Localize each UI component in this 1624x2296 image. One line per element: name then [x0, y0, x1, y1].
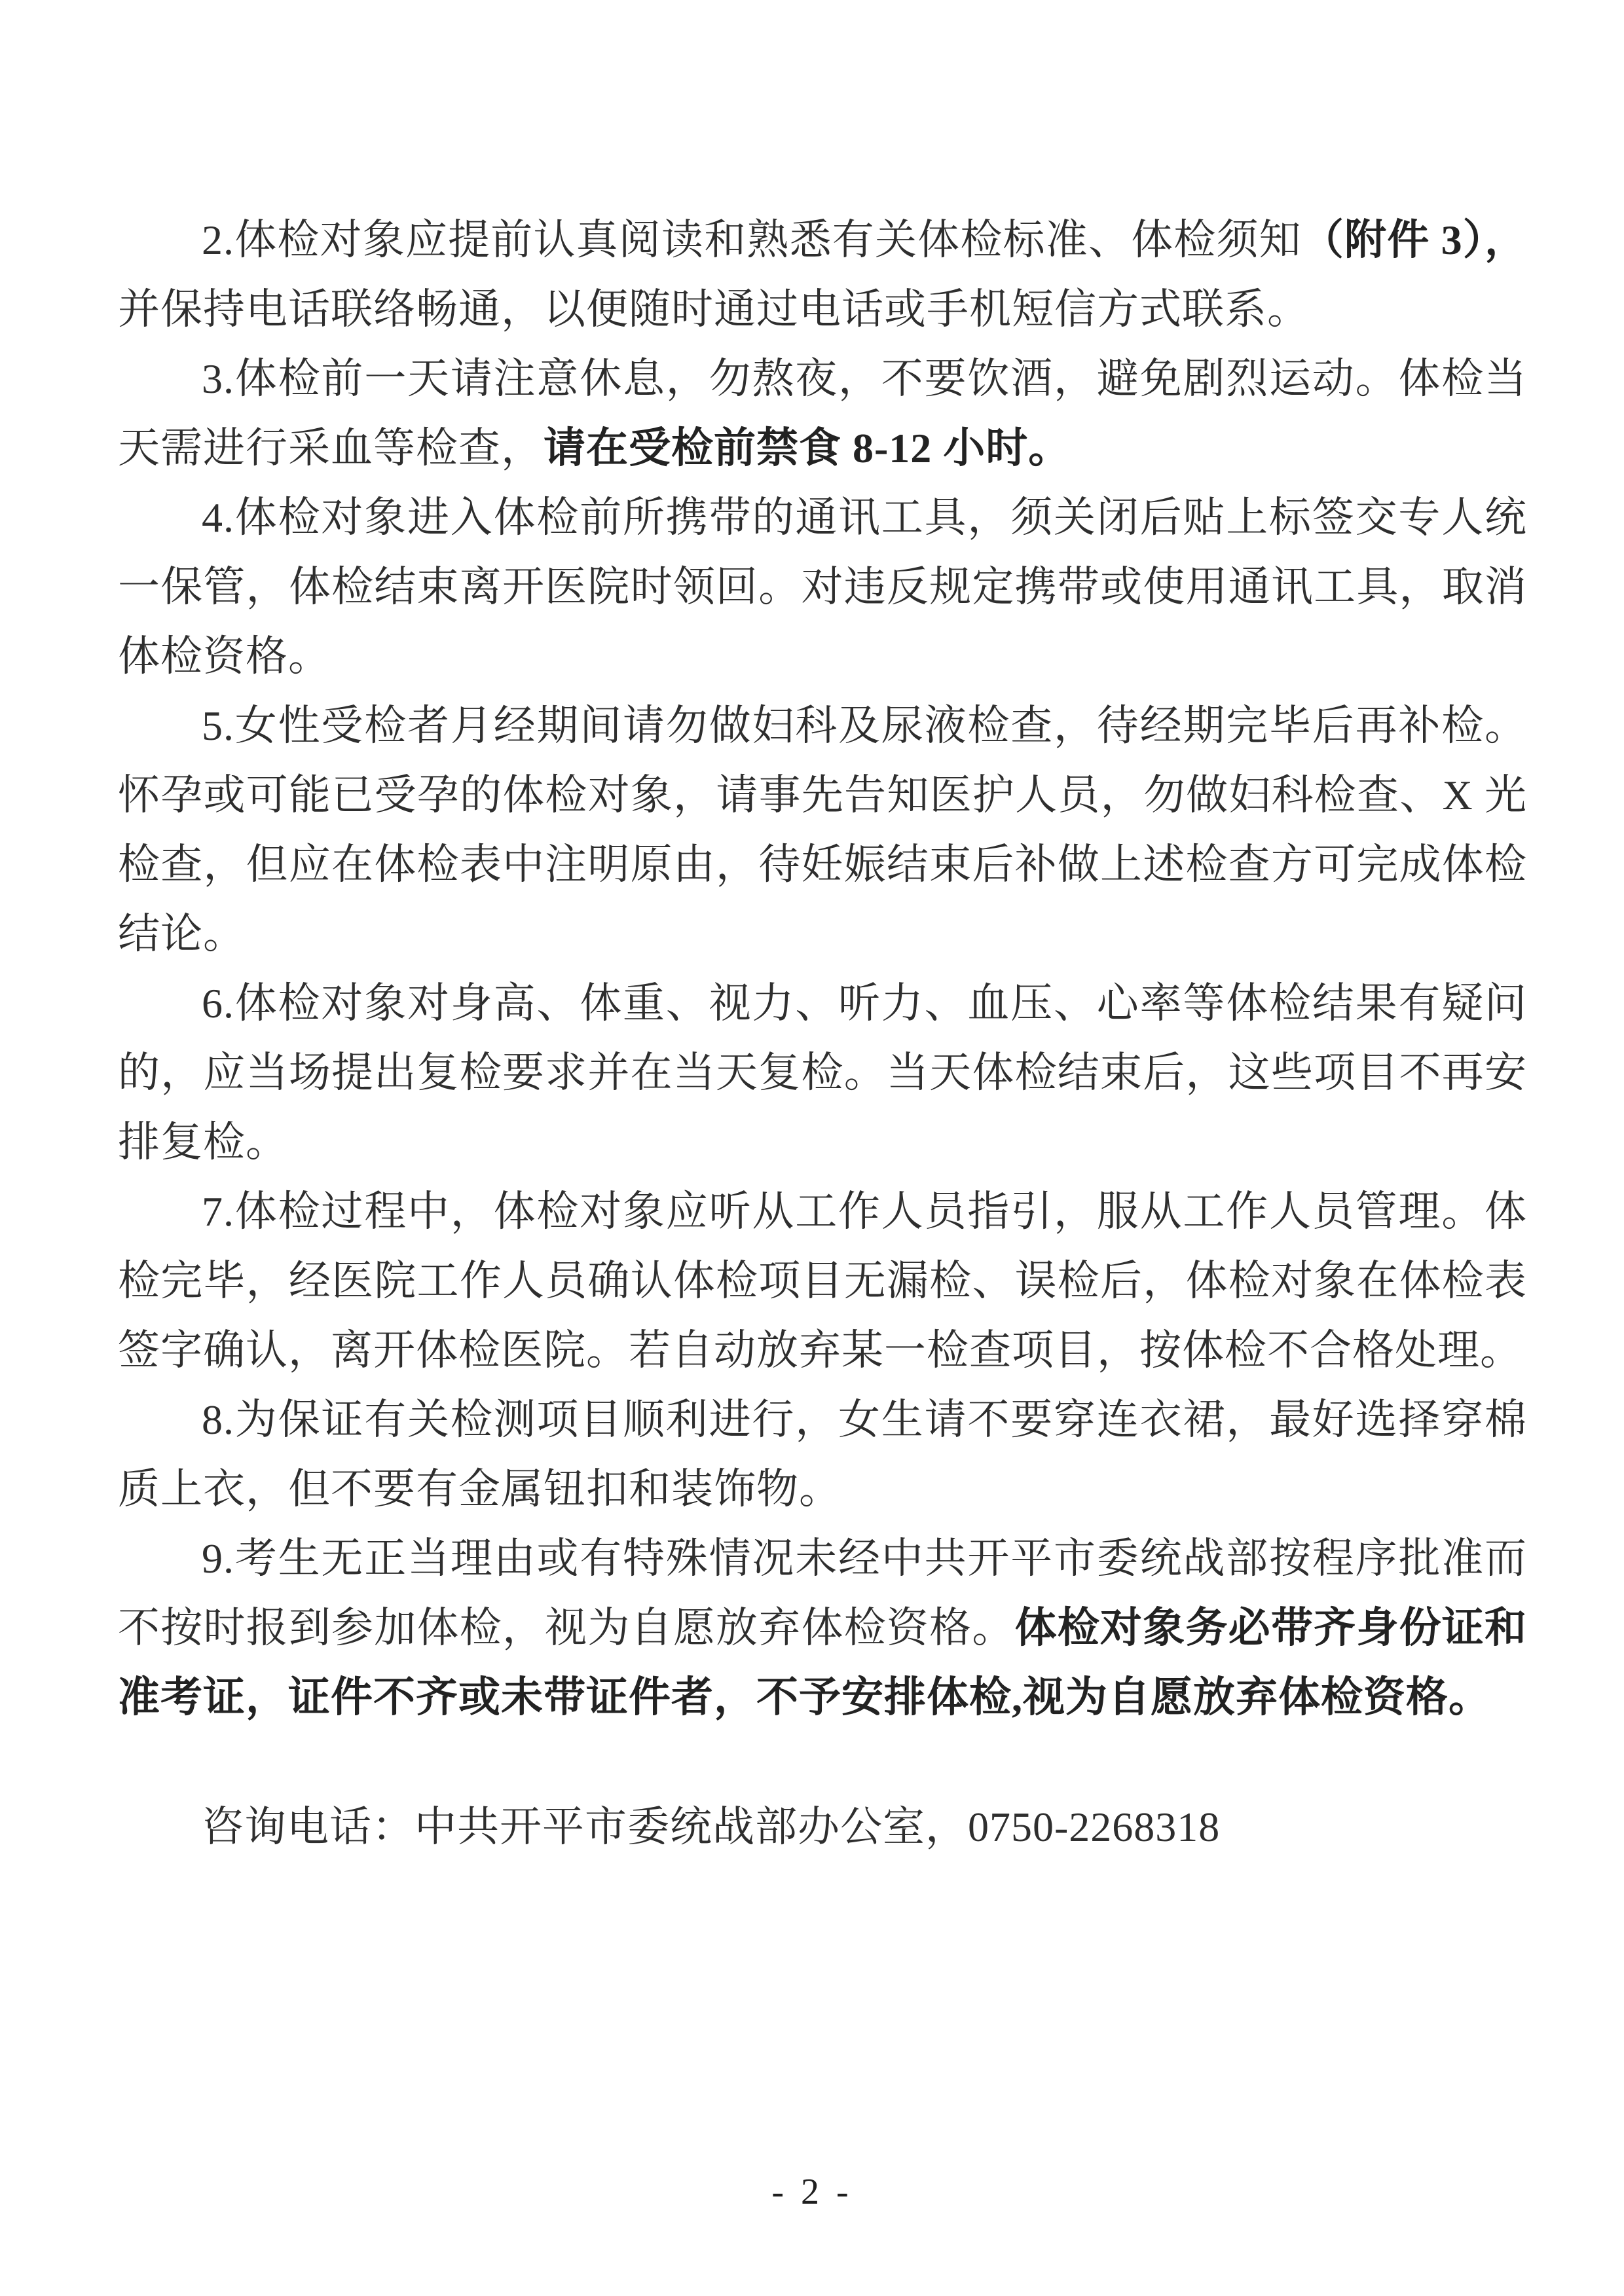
- text-segment: （附件 3），: [1302, 217, 1527, 263]
- text-segment: 请在受检前禁食 8-12 小时。: [544, 425, 1071, 471]
- text-segment: 2.体检对象应提前认真阅读和熟悉有关体检标准、体检须知: [202, 217, 1302, 263]
- text-segment: 8.为保证有关检测项目顺利进行，女生请不要穿连衣裙，最好选择穿棉质上衣，但不要有…: [118, 1396, 1527, 1512]
- text-segment: 6.体检对象对身高、体重、视力、听力、血压、心率等体检结果有疑问的，应当场提出复…: [118, 980, 1527, 1165]
- document-page: 2.体检对象应提前认真阅读和熟悉有关体检标准、体检须知（附件 3），并保持电话联…: [0, 0, 1624, 2296]
- paragraph: 5.女性受检者月经期间请勿做妇科及尿液检查，待经期完毕后再补检。怀孕或可能已受孕…: [118, 691, 1527, 969]
- paragraph: 7.体检过程中，体检对象应听从工作人员指引，服从工作人员管理。体检完毕，经医院工…: [118, 1177, 1527, 1385]
- contact-line: 咨询电话：中共开平市委统战部办公室，0750-2268318: [118, 1793, 1527, 1862]
- text-segment: 7.体检过程中，体检对象应听从工作人员指引，服从工作人员管理。体检完毕，经医院工…: [118, 1188, 1527, 1374]
- paragraph: 9.考生无正当理由或有特殊情况未经中共开平市委统战部按程序批准而不按时报到参加体…: [118, 1524, 1527, 1732]
- paragraph: 4.体检对象进入体检前所携带的通讯工具，须关闭后贴上标签交专人统一保管，体检结束…: [118, 483, 1527, 691]
- paragraph: 8.为保证有关检测项目顺利进行，女生请不要穿连衣裙，最好选择穿棉质上衣，但不要有…: [118, 1385, 1527, 1524]
- paragraph: 6.体检对象对身高、体重、视力、听力、血压、心率等体检结果有疑问的，应当场提出复…: [118, 969, 1527, 1177]
- page-number: - 2 -: [0, 2171, 1624, 2213]
- paragraph: 2.体检对象应提前认真阅读和熟悉有关体检标准、体检须知（附件 3），并保持电话联…: [118, 206, 1527, 344]
- text-segment: 并保持电话联络畅通，以便随时通过电话或手机短信方式联系。: [118, 286, 1310, 333]
- page-body: 2.体检对象应提前认真阅读和熟悉有关体检标准、体检须知（附件 3），并保持电话联…: [118, 206, 1527, 1862]
- text-segment: 4.体检对象进入体检前所携带的通讯工具，须关闭后贴上标签交专人统一保管，体检结束…: [118, 494, 1527, 680]
- paragraph: 3.体检前一天请注意休息，勿熬夜，不要饮酒，避免剧烈运动。体检当天需进行采血等检…: [118, 344, 1527, 483]
- text-segment: 5.女性受检者月经期间请勿做妇科及尿液检查，待经期完毕后再补检。怀孕或可能已受孕…: [118, 702, 1527, 957]
